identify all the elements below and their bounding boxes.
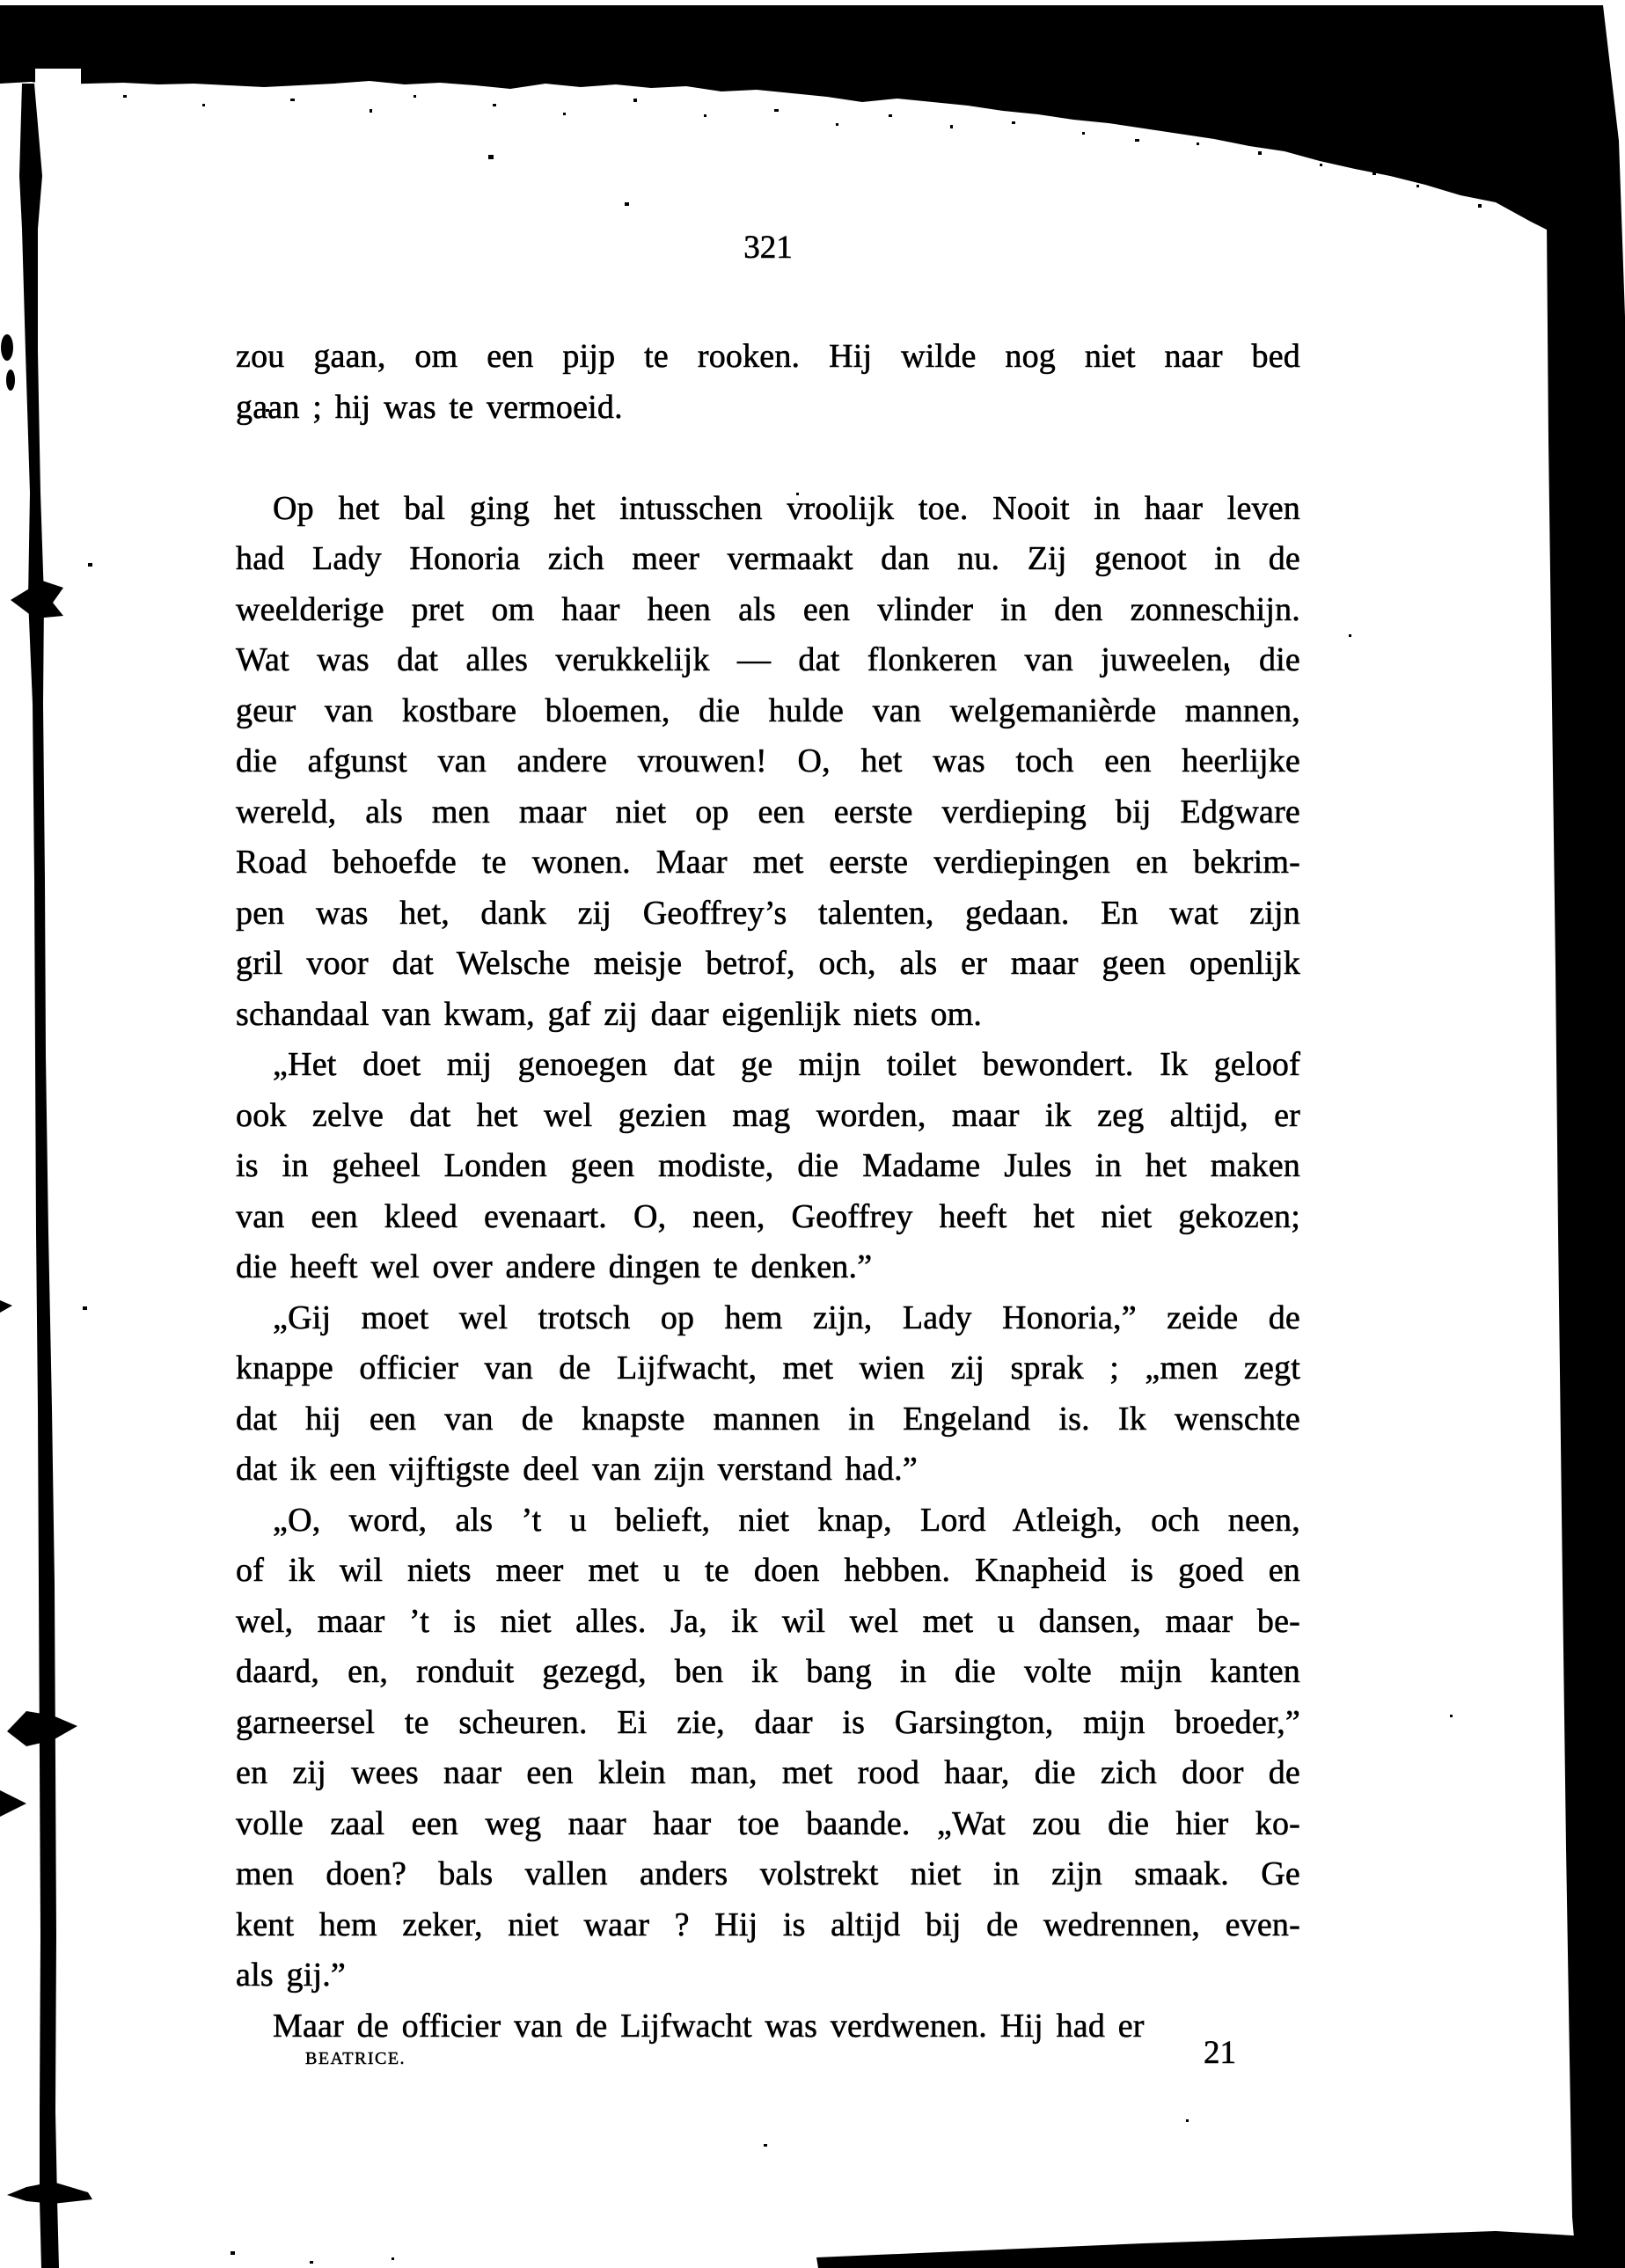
- text-line: „O, word, als ’t u belieft, niet knap, L…: [236, 1496, 1300, 1547]
- text-line: wel, maar ’t is niet alles. Ja, ik wil w…: [236, 1597, 1300, 1648]
- text-line: is in geheel Londen geen modiste, die Ma…: [236, 1141, 1300, 1192]
- text-line: men doen? bals vallen anders volstrekt n…: [236, 1849, 1300, 1900]
- scan-top-edge: [0, 5, 1579, 236]
- text-line: ook zelve dat het wel gezien mag worden,…: [236, 1091, 1300, 1142]
- text-block: zou gaan, om een pijp te rooken. Hij wil…: [236, 332, 1300, 2052]
- text-line: die heeft wel over andere dingen te denk…: [236, 1242, 1300, 1293]
- text-line: dat hij een van de knapste mannen in Eng…: [236, 1394, 1300, 1445]
- scanned-book-page: 321 zou gaan, om een pijp te rooken. Hij…: [0, 0, 1625, 2268]
- text-line: Road behoefde te wonen. Maar met eerste …: [236, 838, 1300, 889]
- text-line: kent hem zeker, niet waar ? Hij is altij…: [236, 1900, 1300, 1951]
- text-line: had Lady Honoria zich meer vermaakt dan …: [236, 534, 1300, 585]
- text-line: Maar de officier van de Lijfwacht was ve…: [236, 2001, 1300, 2052]
- text-line: garneersel te scheuren. Ei zie, daar is …: [236, 1698, 1300, 1749]
- text-line: volle zaal een weg naar haar toe baande.…: [236, 1799, 1300, 1850]
- signature-number: 21: [1204, 2035, 1236, 2072]
- text-line: als gij.”: [236, 1950, 1300, 2001]
- text-line: gaan ; hij was te vermoeid.: [236, 383, 1300, 434]
- text-line: daard, en, ronduit gezegd, ben ik bang i…: [236, 1647, 1300, 1698]
- left-edge-curl-2: [6, 369, 15, 391]
- text-line: pen was het, dank zij Geoffrey’s talente…: [236, 889, 1300, 940]
- text-line: dat ik een vijftigste deel van zijn vers…: [236, 1445, 1300, 1496]
- text-line: knappe officier van de Lijfwacht, met wi…: [236, 1343, 1300, 1394]
- text-line: wereld, als men maar niet op een eerste …: [236, 787, 1300, 838]
- text-line: van een kleed evenaart. O, neen, Geoffre…: [236, 1192, 1300, 1243]
- text-line: die afgunst van andere vrouwen! O, het w…: [236, 736, 1300, 787]
- text-line: Op het bal ging het intusschen vroolijk …: [236, 484, 1300, 535]
- text-line: schandaal van kwam, gaf zij daar eigenli…: [236, 990, 1300, 1041]
- scan-top-notch: [35, 69, 81, 86]
- running-title: BEATRICE.: [305, 2047, 406, 2070]
- text-line: „Het doet mij genoegen dat ge mijn toile…: [236, 1040, 1300, 1091]
- text-line: geur van kostbare bloemen, die hulde van…: [236, 686, 1300, 737]
- left-edge-tick: [0, 1300, 12, 1313]
- text-line: weelderige pret om haar heen als een vli…: [236, 585, 1300, 636]
- binding-blob-arrow-upper: [11, 581, 63, 618]
- binding-blob-arrow-lower: [7, 1711, 77, 1746]
- binding-line: [19, 84, 59, 2268]
- text-line: Wat was dat alles verukkelijk — dat flon…: [236, 635, 1300, 686]
- text-line: en zij wees naar een klein man, met rood…: [236, 1748, 1300, 1799]
- scan-bottom-edge: [816, 2231, 1591, 2268]
- text-line: of ik wil niets meer met u te doen hebbe…: [236, 1546, 1300, 1597]
- scan-right-edge: [1546, 5, 1625, 2268]
- text-line: zou gaan, om een pijp te rooken. Hij wil…: [236, 332, 1300, 383]
- left-edge-diamond: [0, 1790, 26, 1817]
- left-edge-curl-1: [1, 334, 13, 361]
- page-number: 321: [236, 230, 1300, 267]
- text-line: gril voor dat Welsche meisje betrof, och…: [236, 939, 1300, 990]
- text-line: „Gij moet wel trotsch op hem zijn, Lady …: [236, 1293, 1300, 1344]
- binding-blob-cross: [7, 2182, 92, 2204]
